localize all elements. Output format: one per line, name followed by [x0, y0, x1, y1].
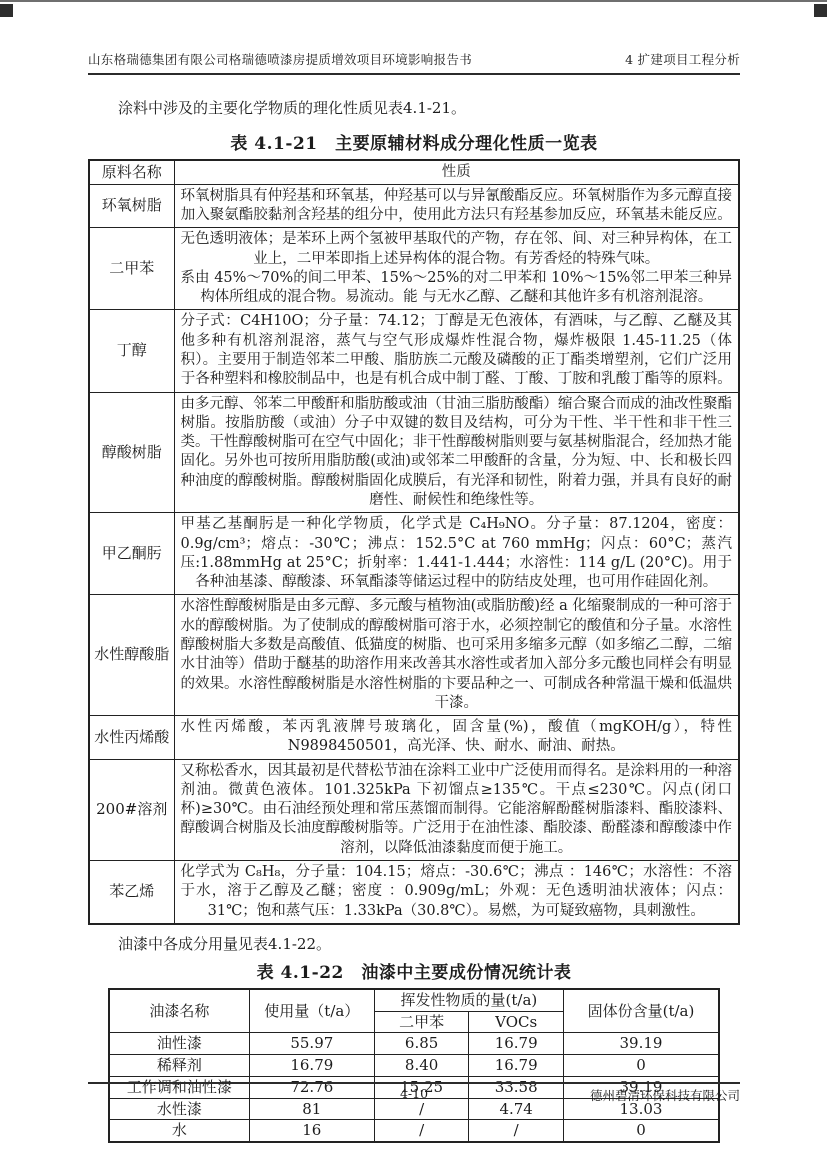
- materials-properties-table: 原料名称 性质 环氧树脂 环氧树脂具有仲羟基和环氧基，仲羟基可以与异氰酸酯反应。…: [88, 159, 740, 925]
- document-page: 山东格瑞德集团有限公司格瑞德喷漆房提质增效项目环境影响报告书 4 扩建项目工程分…: [0, 0, 827, 1169]
- solid-cell: 0: [563, 1055, 719, 1077]
- table2-caption: 表 4.1-22 油漆中主要成份情况统计表: [88, 958, 740, 983]
- table1-header-row: 原料名称 性质: [89, 160, 739, 184]
- xylene-cell: 6.85: [374, 1033, 469, 1055]
- scan-artifact-top-line: [0, 0, 827, 2]
- material-property-cell: 化学式为 C₈H₈，分子量：104.15；熔点：-30.6℃；沸点 ：146℃；…: [174, 861, 739, 924]
- material-property-cell: 分子式：C4H10O；分子量：74.12；丁醇是无色液体，有酒味，与乙醇、乙醚及…: [174, 310, 739, 392]
- table1-caption: 表 4.1-21 主要原辅材料成分理化性质一览表: [88, 129, 740, 154]
- table-row: 水性醇酸脂 水溶性醇酸树脂是由多元醇、多元酸与植物油(或脂肪酸)经 a 化缩聚制…: [89, 595, 739, 716]
- paint-name-cell: 水: [109, 1120, 249, 1142]
- material-name-cell: 醇酸树脂: [89, 392, 174, 513]
- table-row: 油性漆 55.97 6.85 16.79 39.19: [109, 1033, 719, 1055]
- table-row: 200#溶剂 又称松香水，因其最初是代替松节油在涂料工业中广泛使用而得名。是涂料…: [89, 759, 739, 860]
- table-row: 环氧树脂 环氧树脂具有仲羟基和环氧基，仲羟基可以与异氰酸酯反应。环氧树脂作为多元…: [89, 184, 739, 228]
- scan-artifact-corner-right: [814, 4, 827, 17]
- intro-paragraph: 涂料中涉及的主要化学物质的理化性质见表4.1-21。: [88, 98, 740, 119]
- paint-name-cell: 油性漆: [109, 1033, 249, 1055]
- xylene-cell: 8.40: [374, 1055, 469, 1077]
- material-property-cell: 甲基乙基酮肟是一种化学物质，化学式是 C₄H₉NO。分子量：87.1204，密度…: [174, 513, 739, 595]
- table2-header-paint-name: 油漆名称: [109, 989, 249, 1033]
- solid-cell: 0: [563, 1120, 719, 1142]
- material-name-cell: 二甲苯: [89, 228, 174, 310]
- table-row: 稀释剂 16.79 8.40 16.79 0: [109, 1055, 719, 1077]
- page-header: 山东格瑞德集团有限公司格瑞德喷漆房提质增效项目环境影响报告书 4 扩建项目工程分…: [88, 50, 740, 75]
- material-property-cell: 水溶性醇酸树脂是由多元醇、多元酸与植物油(或脂肪酸)经 a 化缩聚制成的一种可溶…: [174, 595, 739, 716]
- table2-header-solid: 固体份含量(t/a): [563, 989, 719, 1033]
- table-row: 甲乙酮肟 甲基乙基酮肟是一种化学物质，化学式是 C₄H₉NO。分子量：87.12…: [89, 513, 739, 595]
- header-doc-title: 山东格瑞德集团有限公司格瑞德喷漆房提质增效项目环境影响报告书: [88, 50, 472, 68]
- table-row: 水 16 / / 0: [109, 1120, 719, 1142]
- table-row: 苯乙烯 化学式为 C₈H₈，分子量：104.15；熔点：-30.6℃；沸点 ：1…: [89, 861, 739, 924]
- material-property-cell: 无色透明液体；是苯环上两个氢被甲基取代的产物，存在邻、间、对三种异构体，在工业上…: [174, 228, 739, 310]
- material-property-cell: 由多元醇、邻苯二甲酸酐和脂肪酸或油（甘油三脂肪酸酯）缩合聚合而成的油改性聚酯树脂…: [174, 392, 739, 513]
- table-row: 二甲苯 无色透明液体；是苯环上两个氢被甲基取代的产物，存在邻、间、对三种异构体，…: [89, 228, 739, 310]
- table2-header-row-1: 油漆名称 使用量（t/a） 挥发性物质的量(t/a) 固体份含量(t/a): [109, 989, 719, 1011]
- scan-artifact-corner-left: [0, 4, 13, 17]
- mid-paragraph: 油漆中各成分用量见表4.1-22。: [88, 934, 740, 955]
- material-name-cell: 甲乙酮肟: [89, 513, 174, 595]
- paint-composition-table: 油漆名称 使用量（t/a） 挥发性物质的量(t/a) 固体份含量(t/a) 二甲…: [108, 988, 720, 1143]
- page-footer: 4-10 德州碧清环保科技有限公司: [88, 1082, 740, 1104]
- table2-header-volatile-group: 挥发性物质的量(t/a): [374, 989, 563, 1011]
- vocs-cell: 16.79: [469, 1055, 564, 1077]
- table2-header-xylene: 二甲苯: [374, 1011, 469, 1033]
- footer-company: 德州碧清环保科技有限公司: [590, 1086, 740, 1104]
- usage-cell: 16: [249, 1120, 374, 1142]
- table-row: 丁醇 分子式：C4H10O；分子量：74.12；丁醇是无色液体，有酒味，与乙醇、…: [89, 310, 739, 392]
- material-name-cell: 200#溶剂: [89, 759, 174, 860]
- vocs-cell: 16.79: [469, 1033, 564, 1055]
- header-chapter: 4 扩建项目工程分析: [625, 50, 740, 68]
- material-property-cell: 环氧树脂具有仲羟基和环氧基，仲羟基可以与异氰酸酯反应。环氧树脂作为多元醇直接加入…: [174, 184, 739, 228]
- material-property-cell: 水性丙烯酸，苯丙乳液牌号玻璃化，固含量(%)，酸值（mgKOH/g），特性 N9…: [174, 716, 739, 760]
- usage-cell: 55.97: [249, 1033, 374, 1055]
- table-row: 醇酸树脂 由多元醇、邻苯二甲酸酐和脂肪酸或油（甘油三脂肪酸酯）缩合聚合而成的油改…: [89, 392, 739, 513]
- material-name-cell: 丁醇: [89, 310, 174, 392]
- material-property-cell: 又称松香水，因其最初是代替松节油在涂料工业中广泛使用而得名。是涂料用的一种溶剂油…: [174, 759, 739, 860]
- material-name-cell: 水性丙烯酸: [89, 716, 174, 760]
- table2-header-usage: 使用量（t/a）: [249, 989, 374, 1033]
- vocs-cell: /: [469, 1120, 564, 1142]
- xylene-cell: /: [374, 1120, 469, 1142]
- table2-header-vocs: VOCs: [469, 1011, 564, 1033]
- material-name-cell: 苯乙烯: [89, 861, 174, 924]
- usage-cell: 16.79: [249, 1055, 374, 1077]
- solid-cell: 39.19: [563, 1033, 719, 1055]
- material-name-cell: 环氧树脂: [89, 184, 174, 228]
- material-name-cell: 水性醇酸脂: [89, 595, 174, 716]
- paint-name-cell: 稀释剂: [109, 1055, 249, 1077]
- table1-header-property: 性质: [174, 160, 739, 184]
- table-row: 水性丙烯酸 水性丙烯酸，苯丙乳液牌号玻璃化，固含量(%)，酸值（mgKOH/g）…: [89, 716, 739, 760]
- table1-header-material: 原料名称: [89, 160, 174, 184]
